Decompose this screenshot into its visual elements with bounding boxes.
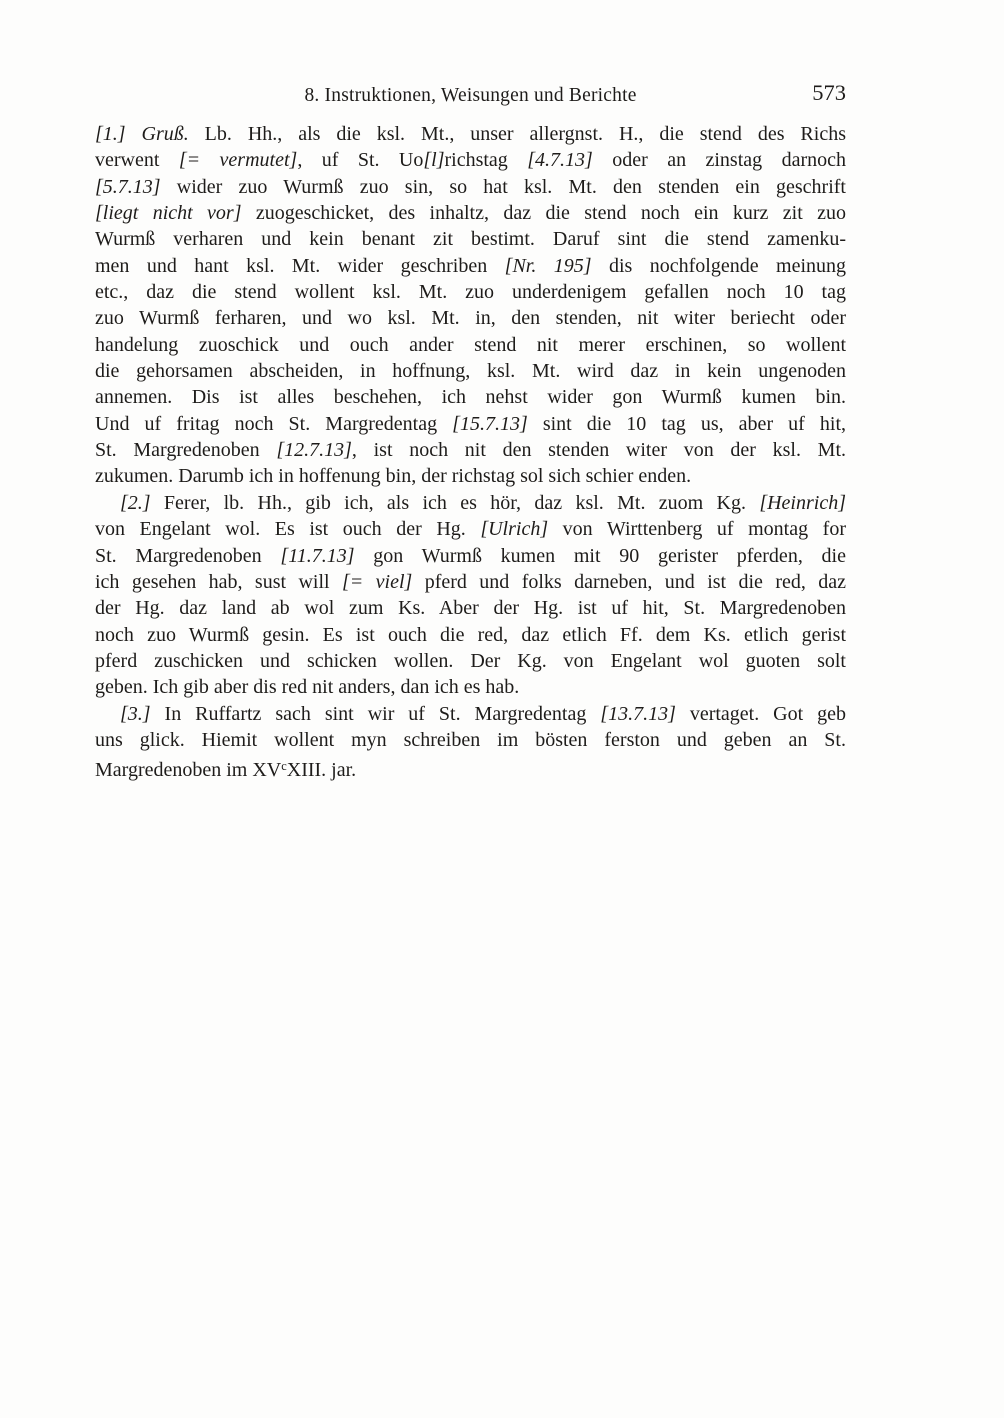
- text-run: Wurmß verharen und kein benant zit besti…: [95, 228, 846, 250]
- text-run: zuo Wurmß ferharen, und wo ksl. Mt. in, …: [95, 307, 846, 329]
- editorial-insertion: [liegt nicht vor]: [95, 202, 242, 224]
- editorial-insertion: [15.7.13]: [452, 413, 528, 435]
- text-line: handelung zuoschick und ouch ander stend…: [95, 332, 846, 358]
- text-run: , uf St. Uo: [297, 149, 423, 171]
- text-run: dis nochfolgende meinung: [592, 255, 846, 277]
- text-run: von Engelant wol. Es ist ouch der Hg.: [95, 518, 480, 540]
- text-run: , ist noch nit den stenden witer von der…: [352, 439, 846, 461]
- section-title: 8. Instruktionen, Weisungen und Berichte: [95, 84, 846, 108]
- text-run: St. Margredenoben: [95, 439, 276, 461]
- text-run: pferd zuschicken und schicken wollen. De…: [95, 650, 846, 672]
- editorial-insertion: [4.7.13]: [527, 149, 593, 171]
- document-body: [1.] Gruß. Lb. Hh., als die ksl. Mt., un…: [95, 121, 846, 784]
- editorial-insertion: [12.7.13]: [276, 439, 352, 461]
- text-run: uns glick. Hiemit wollent myn schreiben …: [95, 729, 846, 751]
- text-line: men und hant ksl. Mt. wider geschriben […: [95, 253, 846, 279]
- editorial-insertion: [1.] Gruß.: [95, 123, 189, 145]
- editorial-insertion: [13.7.13]: [600, 703, 676, 725]
- text-line: Wurmß verharen und kein benant zit besti…: [95, 226, 846, 252]
- editorial-insertion: [11.7.13]: [280, 545, 354, 567]
- text-run: vertaget. Got geb: [676, 703, 846, 725]
- text-run: handelung zuoschick und ouch ander stend…: [95, 334, 846, 356]
- text-block: 8. Instruktionen, Weisungen und Berichte…: [95, 84, 846, 784]
- text-run: Lb. Hh., als die ksl. Mt., unser allergn…: [189, 123, 846, 145]
- text-run: sint die 10 tag us, aber uf hit,: [528, 413, 846, 435]
- editorial-insertion: [l]: [423, 149, 444, 171]
- page-number: 573: [812, 81, 846, 105]
- text-run: gon Wurmß kumen mit 90 gerister pferden,…: [355, 545, 846, 567]
- editorial-insertion: [Ulrich]: [480, 518, 548, 540]
- text-run: men und hant ksl. Mt. wider geschriben: [95, 255, 505, 277]
- text-line: noch zuo Wurmß gesin. Es ist ouch die re…: [95, 622, 846, 648]
- text-run: pferd und folks darneben, und ist die re…: [412, 571, 846, 593]
- text-line: etc., daz die stend wollent ksl. Mt. zuo…: [95, 279, 846, 305]
- text-line: der Hg. daz land ab wol zum Ks. Aber der…: [95, 595, 846, 621]
- text-run: zuogeschicket, des inhaltz, daz die sten…: [242, 202, 847, 224]
- text-line: ich gesehen hab, sust will [= viel] pfer…: [95, 569, 846, 595]
- text-run: Und uf fritag noch St. Margredentag: [95, 413, 452, 435]
- text-run: die gehorsamen abscheiden, in hoffnung, …: [95, 360, 846, 382]
- text-run: oder an zinstag darnoch: [593, 149, 846, 171]
- text-run: geben. Ich gib aber dis red nit anders, …: [95, 676, 519, 698]
- text-line: [5.7.13] wider zuo Wurmß zuo sin, so hat…: [95, 174, 846, 200]
- text-line: pferd zuschicken und schicken wollen. De…: [95, 648, 846, 674]
- text-run: wider zuo Wurmß zuo sin, so hat ksl. Mt.…: [161, 176, 846, 198]
- text-run: verwent: [95, 149, 179, 171]
- text-run: St. Margredenoben: [95, 545, 280, 567]
- text-run: etc., daz die stend wollent ksl. Mt. zuo…: [95, 281, 846, 303]
- text-line: zuo Wurmß ferharen, und wo ksl. Mt. in, …: [95, 305, 846, 331]
- editorial-insertion: [2.]: [120, 492, 151, 514]
- text-run: zukumen. Darumb ich in hoffenung bin, de…: [95, 465, 691, 487]
- text-run: richstag: [445, 149, 528, 171]
- text-line: annemen. Dis ist alles beschehen, ich ne…: [95, 384, 846, 410]
- text-run: noch zuo Wurmß gesin. Es ist ouch die re…: [95, 624, 846, 646]
- text-line: zukumen. Darumb ich in hoffenung bin, de…: [95, 463, 846, 489]
- text-run: von Wirttenberg uf montag for: [548, 518, 846, 540]
- text-line: St. Margredenoben [11.7.13] gon Wurmß ku…: [95, 543, 846, 569]
- text-line: [2.] Ferer, lb. Hh., gib ich, als ich es…: [95, 490, 846, 516]
- text-line: [3.] In Ruffartz sach sint wir uf St. Ma…: [95, 701, 846, 727]
- text-run: In Ruffartz sach sint wir uf St. Margred…: [151, 703, 601, 725]
- text-run: annemen. Dis ist alles beschehen, ich ne…: [95, 386, 846, 408]
- text-line: [liegt nicht vor] zuogeschicket, des inh…: [95, 200, 846, 226]
- text-line: Und uf fritag noch St. Margredentag [15.…: [95, 411, 846, 437]
- text-line: die gehorsamen abscheiden, in hoffnung, …: [95, 358, 846, 384]
- running-head: 8. Instruktionen, Weisungen und Berichte…: [95, 84, 846, 108]
- text-line: uns glick. Hiemit wollent myn schreiben …: [95, 727, 846, 753]
- text-run: XIII. jar.: [287, 759, 356, 781]
- editorial-insertion: [3.]: [120, 703, 151, 725]
- text-run: ich gesehen hab, sust will: [95, 571, 342, 593]
- editorial-insertion: [Nr. 195]: [505, 255, 592, 277]
- editorial-insertion: [Heinrich]: [759, 492, 846, 514]
- text-line: verwent [= vermutet], uf St. Uo[l]richst…: [95, 147, 846, 173]
- text-run: Margredenoben im XV: [95, 759, 281, 781]
- book-page: 8. Instruktionen, Weisungen und Berichte…: [0, 0, 1004, 1418]
- editorial-insertion: [= viel]: [342, 571, 412, 593]
- text-line: St. Margredenoben [12.7.13], ist noch ni…: [95, 437, 846, 463]
- text-run: Ferer, lb. Hh., gib ich, als ich es hör,…: [151, 492, 760, 514]
- text-run: der Hg. daz land ab wol zum Ks. Aber der…: [95, 597, 846, 619]
- text-line: Margredenoben im XVcXIII. jar.: [95, 753, 846, 784]
- editorial-insertion: [= vermutet]: [179, 149, 297, 171]
- editorial-insertion: [5.7.13]: [95, 176, 161, 198]
- text-line: von Engelant wol. Es ist ouch der Hg. [U…: [95, 516, 846, 542]
- text-line: [1.] Gruß. Lb. Hh., als die ksl. Mt., un…: [95, 121, 846, 147]
- text-line: geben. Ich gib aber dis red nit anders, …: [95, 674, 846, 700]
